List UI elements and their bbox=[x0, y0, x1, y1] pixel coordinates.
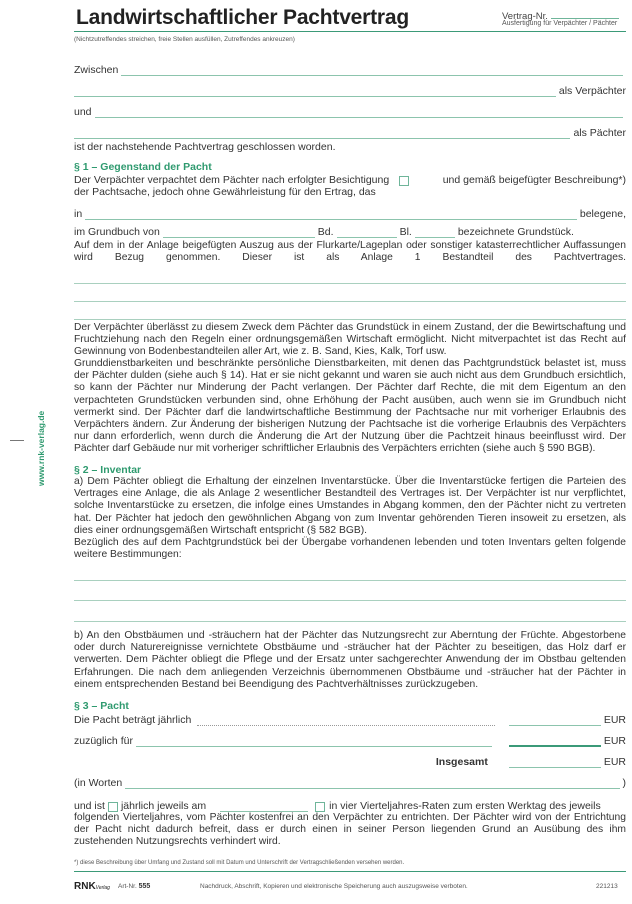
section-2-heading: § 2 – Inventar bbox=[74, 464, 141, 476]
section-2-text-a2: Bezüglich des auf dem Pachtgrundstück be… bbox=[74, 537, 626, 561]
payment-date-field[interactable] bbox=[220, 801, 308, 812]
payment-b: jährlich jeweils am bbox=[121, 800, 206, 812]
in-words-label: (in Worten bbox=[74, 777, 122, 789]
s1-line2: der Pachtsache, jedoch ohne Gewährleistu… bbox=[74, 186, 376, 198]
sheet-label: Bl. bbox=[400, 226, 412, 238]
lessor-name-row: Zwischen bbox=[74, 62, 626, 76]
annual-rent-leader bbox=[197, 717, 495, 726]
total-row: Insgesamt EUR bbox=[74, 754, 626, 768]
annual-rent-row: Die Pacht beträgt jährlich EUR bbox=[74, 712, 626, 726]
between-label: Zwischen bbox=[74, 64, 118, 76]
cadastre-text: Auf dem in der Anlage beigefügten Auszug… bbox=[74, 240, 626, 264]
cadastre-line-3[interactable] bbox=[74, 319, 626, 320]
volume-field[interactable] bbox=[337, 227, 397, 238]
inventory-line-1[interactable] bbox=[74, 580, 626, 581]
art-label: Art-Nr. bbox=[118, 883, 137, 890]
inventory-line-3[interactable] bbox=[74, 621, 626, 622]
lessor-address-field[interactable] bbox=[74, 86, 556, 97]
form-code: 221213 bbox=[596, 883, 618, 890]
fold-mark bbox=[10, 440, 24, 441]
lessor-label: als Verpächter bbox=[559, 85, 626, 97]
lessor-name-field[interactable] bbox=[121, 65, 623, 76]
art-no: 555 bbox=[139, 883, 151, 890]
designated-label: bezeichnete Grundstück. bbox=[458, 226, 574, 238]
lessee-name-row: und bbox=[74, 104, 626, 118]
publisher-url: www.rnk-verlag.de bbox=[36, 411, 46, 486]
footer-rule bbox=[74, 871, 626, 872]
instructions-hint: (Nichtzutreffendes streichen, freie Stel… bbox=[74, 36, 295, 43]
annual-payment-checkbox[interactable] bbox=[108, 802, 118, 812]
land-register-row: im Grundbuch von Bd. Bl. bezeichnete Gru… bbox=[74, 224, 626, 238]
lessor-address-row: als Verpächter bbox=[74, 83, 626, 97]
annual-currency: EUR bbox=[604, 714, 626, 726]
and-label: und bbox=[74, 106, 92, 118]
additional-amount[interactable] bbox=[509, 735, 601, 747]
section-3-heading: § 3 – Pacht bbox=[74, 700, 129, 712]
plus-label: zuzüglich für bbox=[74, 735, 133, 747]
payment-row: und ist jährlich jeweils am in vier Vier… bbox=[74, 798, 626, 812]
in-words-row: (in Worten ) bbox=[74, 775, 626, 789]
cadastre-line-2[interactable] bbox=[74, 301, 626, 302]
copyright-notice: Nachdruck, Abschrift, Kopieren und elekt… bbox=[200, 883, 468, 890]
section-1-easements: Grunddienstbarkeiten und beschränkte per… bbox=[74, 358, 626, 456]
inventory-line-2[interactable] bbox=[74, 600, 626, 601]
in-label: in bbox=[74, 208, 82, 220]
quarterly-payment-checkbox[interactable] bbox=[315, 802, 325, 812]
closing-text: ist der nachstehende Pachtvertrag geschl… bbox=[74, 141, 336, 153]
lessee-address-row: als Pächter bbox=[74, 125, 626, 139]
total-amount[interactable] bbox=[509, 757, 601, 768]
in-words-field[interactable] bbox=[125, 778, 619, 789]
section-2-text-b: b) An den Obstbäumen und -sträuchern hat… bbox=[74, 630, 626, 691]
section-2-text-a: a) Dem Pächter obliegt die Erhaltung der… bbox=[74, 476, 626, 537]
lessee-name-field[interactable] bbox=[95, 107, 623, 118]
footnote: *) diese Beschreibung über Umfang und Zu… bbox=[74, 860, 404, 866]
copy-for-label: Ausfertigung für Verpächter / Pächter bbox=[502, 20, 617, 27]
volume-label: Bd. bbox=[318, 226, 334, 238]
land-register-field[interactable] bbox=[163, 227, 315, 238]
annual-rent-amount[interactable] bbox=[509, 715, 601, 726]
article-number: Art-Nr. 555 bbox=[118, 883, 150, 890]
location-field[interactable] bbox=[85, 209, 577, 220]
additional-item-field[interactable] bbox=[136, 736, 492, 747]
logo-text: RNK bbox=[74, 881, 96, 892]
lessee-address-field[interactable] bbox=[74, 128, 570, 139]
land-register-label: im Grundbuch von bbox=[74, 226, 160, 238]
logo-sub: Verlag bbox=[96, 885, 110, 891]
contract-number-line[interactable] bbox=[551, 10, 619, 19]
location-row: in belegene, bbox=[74, 206, 626, 220]
additional-currency: EUR bbox=[604, 735, 626, 747]
section-1-body: Der Verpächter überlässt zu diesem Zweck… bbox=[74, 322, 626, 359]
total-label: Insgesamt bbox=[436, 756, 488, 768]
cadastre-line-1[interactable] bbox=[74, 283, 626, 284]
payment-c-text: in vier Vierteljahres-Raten zum ersten W… bbox=[329, 800, 601, 812]
document-title: Landwirtschaftlicher Pachtvertrag bbox=[76, 6, 409, 30]
payment-c: in vier Vierteljahres-Raten zum ersten W… bbox=[329, 800, 626, 812]
section-1-line2: der Pachtsache, jedoch ohne Gewährleistu… bbox=[74, 184, 626, 198]
header-rule bbox=[74, 31, 626, 32]
publisher-logo: RNKVerlag bbox=[74, 881, 110, 892]
annual-rent-label: Die Pacht beträgt jährlich bbox=[74, 714, 191, 726]
payment-a: und ist bbox=[74, 800, 105, 812]
closing-row: ist der nachstehende Pachtvertrag geschl… bbox=[74, 139, 626, 153]
total-currency: EUR bbox=[604, 756, 626, 768]
additional-row: zuzüglich für EUR bbox=[74, 733, 626, 747]
located-label: belegene, bbox=[580, 208, 626, 220]
in-words-close: ) bbox=[623, 777, 627, 789]
sheet-field[interactable] bbox=[415, 227, 455, 238]
lessee-label: als Pächter bbox=[573, 127, 626, 139]
payment-text: folgenden Vierteljahres, vom Pächter kos… bbox=[74, 812, 626, 849]
